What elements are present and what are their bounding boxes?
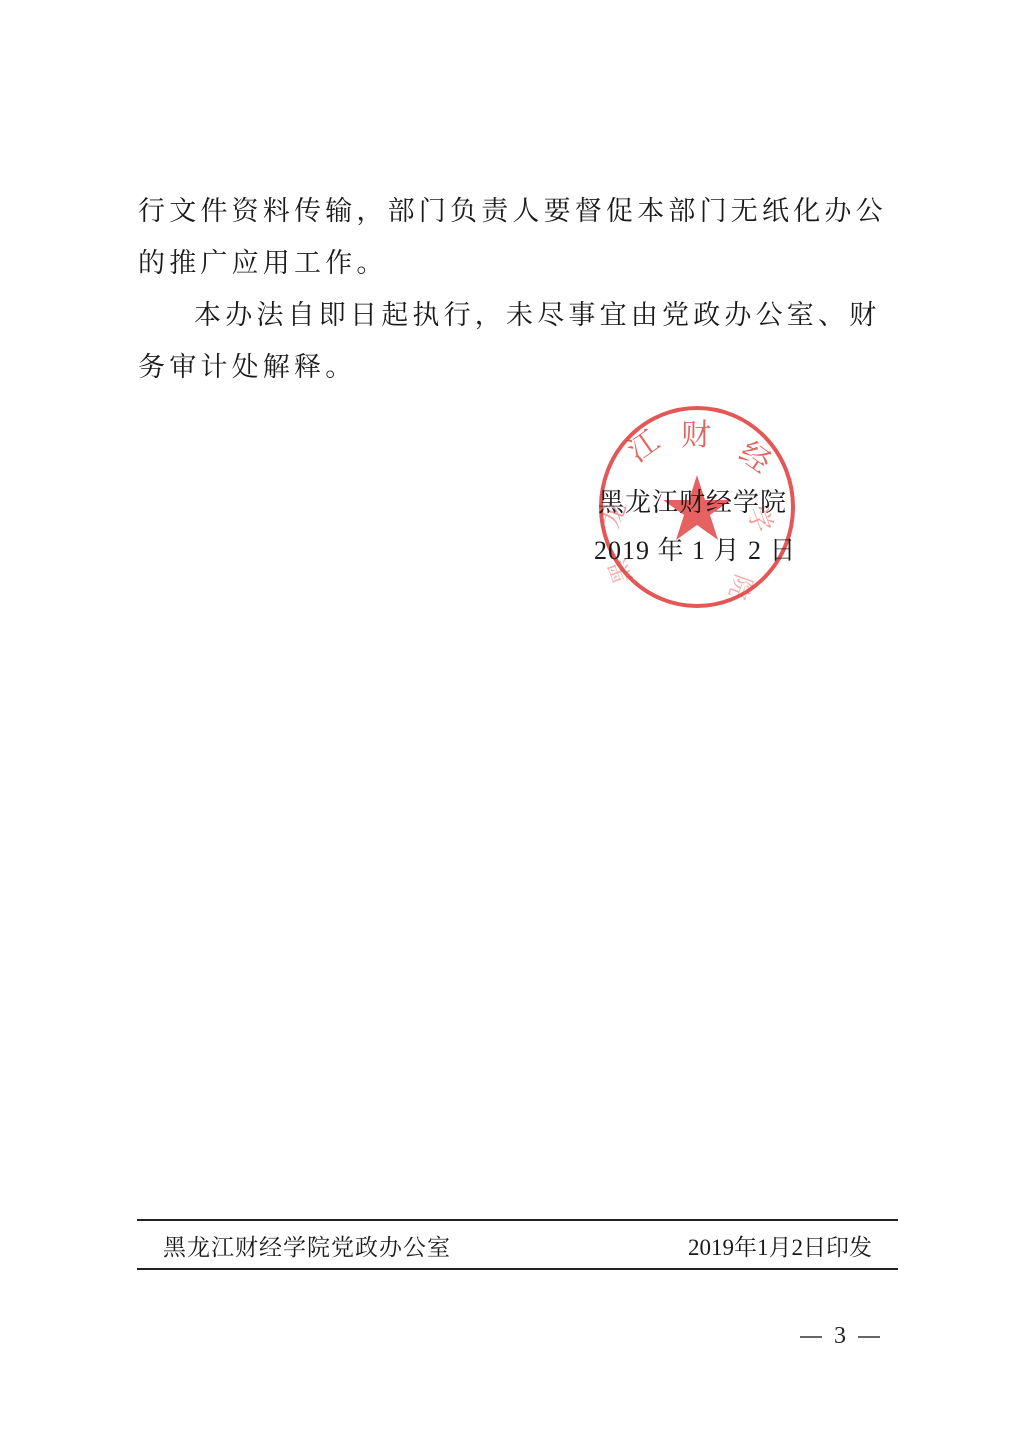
signature-organization: 黑龙江财经学院 — [598, 482, 787, 519]
page-number-value: 3 — [834, 1323, 846, 1349]
svg-text:江: 江 — [622, 424, 667, 470]
svg-text:院: 院 — [723, 571, 758, 603]
footer-bottom-rule — [137, 1268, 898, 1270]
page-number: 3 — [788, 1323, 892, 1350]
document-page: 行文件资料传输，部门负责人要督促本部门无纸化办公的推广应用工作。 本办法自即日起… — [0, 0, 1024, 1448]
svg-text:财: 财 — [681, 418, 711, 453]
paragraph-effective-date: 本办法自即日起执行，未尽事宜由党政办公室、财务审计处解释。 — [138, 290, 900, 394]
dash-right — [858, 1336, 880, 1338]
footer-top-rule — [137, 1219, 898, 1221]
footer-issue-date: 2019年1月2日印发 — [688, 1229, 872, 1262]
signature-date: 2019 年 1 月 2 日 — [594, 530, 797, 567]
dash-left — [800, 1336, 822, 1338]
footer-issuer: 黑龙江财经学院党政办公室 — [163, 1229, 451, 1262]
body-text: 行文件资料传输，部门负责人要督促本部门无纸化办公的推广应用工作。 本办法自即日起… — [138, 186, 900, 394]
paragraph-continuation: 行文件资料传输，部门负责人要督促本部门无纸化办公的推广应用工作。 — [138, 186, 900, 290]
